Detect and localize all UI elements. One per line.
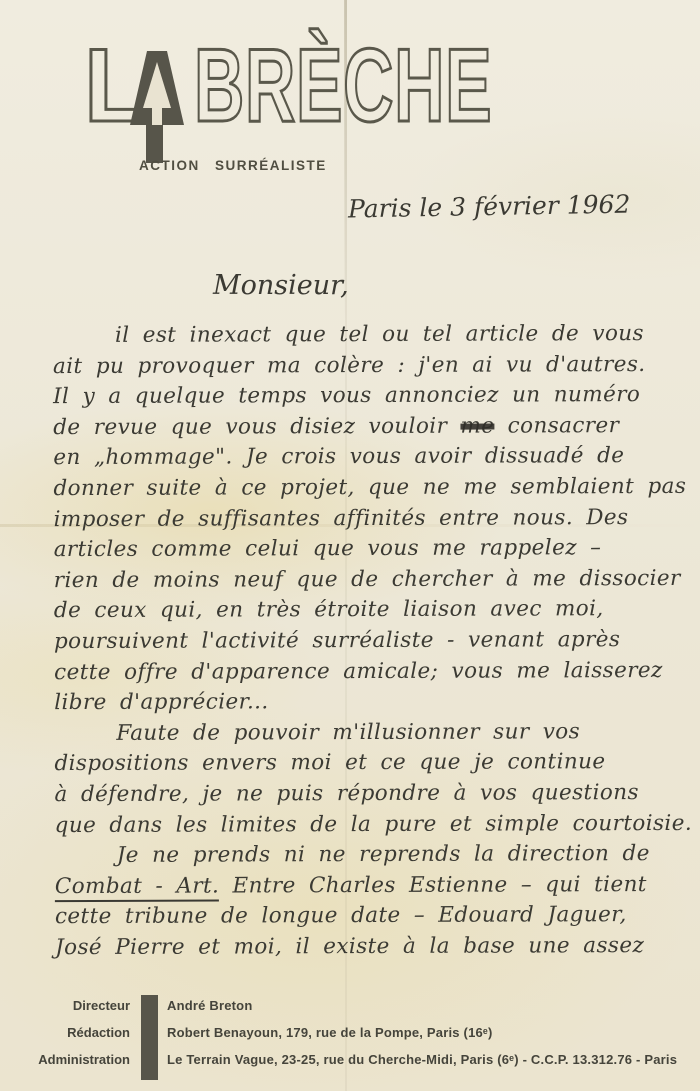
handwritten-text: libre d'apprécier... bbox=[54, 689, 269, 715]
handwritten-text: de ceux qui, en très étroite liaison ave… bbox=[54, 597, 604, 624]
letterhead-footer: Directeur André Breton Rédaction Robert … bbox=[0, 992, 700, 1073]
footer-value: Robert Benayoun, 179, rue de la Pompe, P… bbox=[167, 1019, 493, 1046]
footer-label: Administration bbox=[0, 1046, 130, 1073]
handwritten-line: Faute de pouvoir m'illusionner sur vos bbox=[54, 719, 684, 752]
handwritten-text: en „hommage". Je crois vous avoir dissua… bbox=[53, 443, 624, 470]
handwritten-text: poursuivent l'activité surréaliste - ven… bbox=[54, 627, 620, 654]
handwritten-line: que dans les limites de la pure et simpl… bbox=[55, 810, 685, 843]
handwritten-line: il est inexact que tel ou tel article de… bbox=[53, 321, 683, 354]
handwritten-line: donner suite à ce projet, que ne me semb… bbox=[53, 474, 683, 507]
handwritten-line: cette offre d'apparence amicale; vous me… bbox=[54, 657, 684, 690]
handwritten-text: consacrer bbox=[494, 413, 619, 438]
handwritten-text: donner suite à ce projet, que ne me semb… bbox=[53, 474, 686, 501]
footer-row-redaction: Rédaction Robert Benayoun, 179, rue de l… bbox=[0, 1019, 700, 1046]
handwritten-text: dispositions envers moi et ce que je con… bbox=[54, 749, 605, 776]
handwritten-text: José Pierre et moi, il existe à la base … bbox=[55, 933, 644, 960]
handwritten-line: à défendre, je ne puis répondre à vos qu… bbox=[54, 780, 684, 813]
handwritten-text: il est inexact que tel ou tel article de… bbox=[115, 321, 644, 348]
letterhead-subtitle: ACTION SURRÉALISTE bbox=[139, 158, 327, 173]
handwritten-line: Je ne prends ni ne reprends la direction… bbox=[55, 841, 685, 874]
handwritten-line: Combat - Art. Entre Charles Estienne – q… bbox=[55, 872, 685, 905]
handwritten-dateline: Paris le 3 février 1962 bbox=[348, 190, 631, 224]
handwritten-body: il est inexact que tel ou tel article de… bbox=[53, 321, 685, 966]
handwritten-line: rien de moins neuf que de chercher à me … bbox=[54, 566, 684, 599]
footer-label: Rédaction bbox=[0, 1019, 130, 1046]
handwritten-text: cette tribune de longue date – Edouard J… bbox=[55, 902, 627, 929]
handwritten-text: Faute de pouvoir m'illusionner sur vos bbox=[116, 719, 580, 746]
handwritten-line: articles comme celui que vous me rappele… bbox=[54, 535, 684, 568]
handwritten-line: cette tribune de longue date – Edouard J… bbox=[55, 902, 685, 935]
handwritten-line: de revue que vous disiez vouloir me cons… bbox=[53, 413, 683, 446]
footer-row-directeur: Directeur André Breton bbox=[0, 992, 700, 1019]
handwritten-line: dispositions envers moi et ce que je con… bbox=[54, 749, 684, 782]
handwritten-text: Je ne prends ni ne reprends la direction… bbox=[117, 841, 650, 868]
handwritten-text: cette offre d'apparence amicale; vous me… bbox=[54, 658, 663, 685]
handwritten-text: ait pu provoquer ma colère : j'en ai vu … bbox=[53, 352, 646, 379]
struck-out-word: me bbox=[460, 413, 494, 438]
underlined-text: Combat - Art. bbox=[55, 873, 220, 902]
footer-value: André Breton bbox=[167, 992, 252, 1019]
handwritten-text: Il y a quelque temps vous annonciez un n… bbox=[53, 382, 640, 409]
footer-divider-bar bbox=[141, 995, 158, 1080]
handwritten-text: à défendre, je ne puis répondre à vos qu… bbox=[54, 780, 638, 807]
handwritten-line: José Pierre et moi, il existe à la base … bbox=[55, 933, 685, 966]
handwritten-line: imposer de suffisantes affinités entre n… bbox=[54, 504, 684, 537]
handwritten-text: rien de moins neuf que de chercher à me … bbox=[54, 566, 681, 593]
handwritten-salutation: Monsieur, bbox=[213, 270, 349, 301]
footer-label: Directeur bbox=[0, 992, 130, 1019]
handwritten-text: Entre Charles Estienne – qui tient bbox=[219, 872, 647, 898]
handwritten-line: libre d'apprécier... bbox=[54, 688, 684, 721]
handwritten-text: articles comme celui que vous me rappele… bbox=[54, 535, 602, 562]
handwritten-text: imposer de suffisantes affinités entre n… bbox=[54, 505, 629, 532]
handwritten-line: ait pu provoquer ma colère : j'en ai vu … bbox=[53, 351, 683, 384]
logo-word-breche: BRÈCHE bbox=[194, 34, 492, 138]
handwritten-text: que dans les limites de la pure et simpl… bbox=[55, 810, 692, 837]
handwritten-line: de ceux qui, en très étroite liaison ave… bbox=[54, 596, 684, 629]
letter-scan-page: L BRÈCHE ACTION SURRÉALISTE Paris le 3 f… bbox=[0, 0, 700, 1091]
footer-row-administration: Administration Le Terrain Vague, 23-25, … bbox=[0, 1046, 700, 1073]
handwritten-text: de revue que vous disiez vouloir bbox=[53, 413, 460, 439]
footer-value: Le Terrain Vague, 23-25, rue du Cherche-… bbox=[167, 1046, 677, 1073]
up-arrow-icon bbox=[126, 48, 188, 166]
handwritten-line: en „hommage". Je crois vous avoir dissua… bbox=[53, 443, 683, 476]
handwritten-line: poursuivent l'activité surréaliste - ven… bbox=[54, 627, 684, 660]
handwritten-line: Il y a quelque temps vous annonciez un n… bbox=[53, 382, 683, 415]
